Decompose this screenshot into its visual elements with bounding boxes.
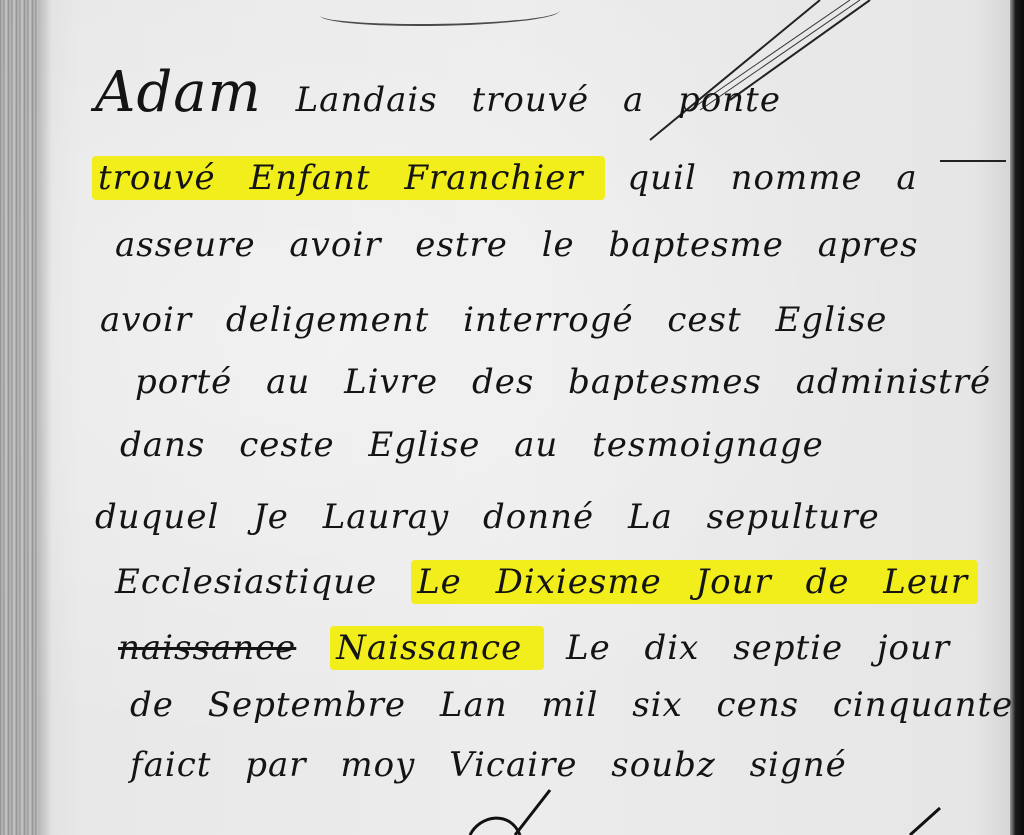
word: a xyxy=(623,80,644,120)
word: Adam xyxy=(95,60,262,125)
word: a xyxy=(896,158,917,198)
word: asseure xyxy=(115,225,256,265)
word: quil xyxy=(627,158,696,198)
word: trouvé xyxy=(98,158,216,198)
manuscript-line-10: de Septembre Lan mil six cens cinquante xyxy=(130,685,1024,725)
word: Vicaire xyxy=(449,745,577,785)
line-filler-stroke xyxy=(940,160,1006,162)
word: baptesmes xyxy=(568,362,762,402)
word: le xyxy=(542,225,575,265)
manuscript-line-4: avoir deligement interrogé cest Eglise xyxy=(100,300,909,340)
signature-flourish xyxy=(440,780,1000,835)
word: Jour xyxy=(696,562,772,602)
manuscript-line-1: Adam Landais trouvé a ponte xyxy=(95,60,803,125)
manuscript-line-3: asseure avoir estre le baptesme apres xyxy=(115,225,941,265)
word: tesmoignage xyxy=(592,425,824,465)
word: La xyxy=(628,497,673,537)
manuscript-page: Adam Landais trouvé a ponte trouvé Enfan… xyxy=(0,0,1024,835)
word: Dixiesme xyxy=(496,562,662,602)
word: septie xyxy=(733,628,843,668)
word: six xyxy=(632,685,683,725)
highlighted-phrase: Naissance xyxy=(330,626,544,670)
word: sepulture xyxy=(707,497,880,537)
word: ponte xyxy=(678,80,781,120)
word: Livre xyxy=(344,362,438,402)
manuscript-line-7: duquel Je Lauray donné La sepulture xyxy=(95,497,902,537)
word: de xyxy=(806,562,850,602)
word: cens xyxy=(717,685,800,725)
word: Septembre xyxy=(208,685,406,725)
manuscript-line-2: trouvé Enfant Franchier quil nomme a xyxy=(92,158,940,198)
word: au xyxy=(514,425,558,465)
binding-shadow xyxy=(38,0,52,835)
word: administré xyxy=(796,362,991,402)
word: avoir xyxy=(100,300,192,340)
word: moy xyxy=(340,745,415,785)
word: soubz xyxy=(611,745,716,785)
word: Lan xyxy=(440,685,508,725)
word: dix xyxy=(645,628,700,668)
word: Le xyxy=(566,628,611,668)
word: Lauray xyxy=(323,497,449,537)
word: Je xyxy=(253,497,289,537)
word: par xyxy=(245,745,306,785)
highlighted-phrase: trouvé Enfant Franchier xyxy=(92,156,605,200)
manuscript-line-8: Ecclesiastique Le Dixiesme Jour de Leur xyxy=(115,562,978,602)
word: Naissance xyxy=(336,628,522,668)
word: au xyxy=(266,362,310,402)
highlighted-phrase: Le Dixiesme Jour de Leur xyxy=(411,560,978,604)
word: duquel xyxy=(95,497,219,537)
word: de xyxy=(130,685,174,725)
book-binding-edge xyxy=(0,0,38,835)
word: nomme xyxy=(731,158,863,198)
word: avoir xyxy=(289,225,381,265)
word: dans xyxy=(120,425,205,465)
word: Leur xyxy=(883,562,968,602)
word: signé xyxy=(750,745,847,785)
word: porté xyxy=(135,362,232,402)
word: des xyxy=(472,362,534,402)
manuscript-line-9: naissance Naissance Le dix septie jour xyxy=(118,628,972,668)
word: estre xyxy=(415,225,508,265)
word: donné xyxy=(483,497,594,537)
manuscript-line-6: dans ceste Eglise au tesmoignage xyxy=(120,425,846,465)
word: Eglise xyxy=(775,300,887,340)
word: apres xyxy=(818,225,919,265)
word: jour xyxy=(877,628,950,668)
word: baptesme xyxy=(609,225,784,265)
word: Enfant xyxy=(249,158,370,198)
word: cest xyxy=(667,300,741,340)
word: deligement xyxy=(226,300,429,340)
word: interrogé xyxy=(463,300,633,340)
previous-entry-flourish xyxy=(320,0,560,26)
word: Le xyxy=(417,562,462,602)
manuscript-line-5: porté au Livre des baptesmes administré xyxy=(135,362,1013,402)
struck-word: naissance xyxy=(118,628,296,668)
word: faict xyxy=(130,745,211,785)
word: ceste xyxy=(239,425,334,465)
manuscript-line-11: faict par moy Vicaire soubz signé xyxy=(130,745,869,785)
word: Ecclesiastique xyxy=(115,562,377,602)
word: Eglise xyxy=(368,425,480,465)
word: trouvé xyxy=(472,80,590,120)
word: Landais xyxy=(296,80,438,120)
word: Franchier xyxy=(404,158,583,198)
word: cinquante xyxy=(833,685,1013,725)
word: mil xyxy=(541,685,598,725)
